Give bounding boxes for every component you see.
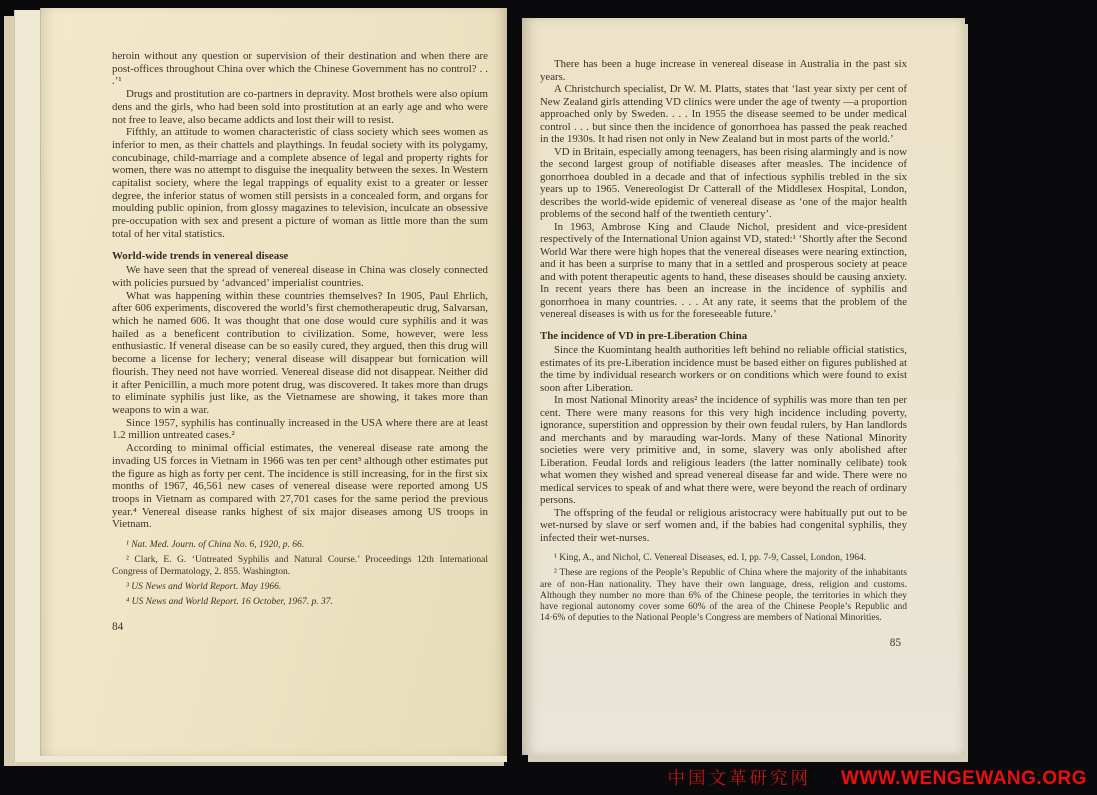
scanned-book-spread: { "canvas": { "background_color": "#0a0a… [0,0,1097,795]
paragraph: A Christchurch specialist, Dr W. M. Plat… [540,83,907,146]
paragraph: There has been a huge increase in venere… [540,58,907,83]
page-number: 84 [112,621,488,634]
section-heading: World-wide trends in venereal disease [112,250,488,263]
paragraph: In most National Minority areas² the inc… [540,394,907,507]
footnotes: ¹ King, A., and Nichol, C. Venereal Dise… [540,553,907,625]
paragraph: Since the Kuomintang health authorities … [540,344,907,394]
paragraph: According to minimal official estimates,… [112,442,488,531]
left-page-text-block: heroin without any question or supervisi… [112,50,488,633]
paragraph: Drugs and prostitution are co-partners i… [112,88,488,126]
footnote: ² These are regions of the People’s Repu… [540,568,907,624]
footnote: ¹ Nat. Med. Journ. of China No. 6, 1920,… [112,540,488,551]
footnote: ¹ King, A., and Nichol, C. Venereal Dise… [540,553,907,564]
paragraph: VD in Britain, especially among teenager… [540,146,907,221]
paragraph: heroin without any question or supervisi… [112,50,488,88]
paragraph: We have seen that the spread of venereal… [112,264,488,289]
paragraph: The offspring of the feudal or religious… [540,507,907,545]
page-number: 85 [540,637,907,650]
watermark: 中国文革研究网 WWW.WENGEWANG.ORG [668,765,1087,790]
right-page-text-block: There has been a huge increase in venere… [540,58,907,649]
watermark-site-url: WWW.WENGEWANG.ORG [841,768,1087,790]
paragraph: Fifthly, an attitude to women characteri… [112,126,488,240]
footnote: ³ US News and World Report. May 1966. [112,582,488,593]
watermark-site-name: 中国文革研究网 [668,765,812,790]
paragraph: In 1963, Ambrose King and Claude Nichol,… [540,221,907,321]
paragraph: Since 1957, syphilis has continually inc… [112,417,488,442]
footnote: ⁴ US News and World Report. 16 October, … [112,597,488,608]
section-heading: The incidence of VD in pre-Liberation Ch… [540,330,907,343]
footnotes: ¹ Nat. Med. Journ. of China No. 6, 1920,… [112,540,488,608]
paragraph: What was happening within these countrie… [112,290,488,417]
footnote: ² Clark, E. G. ‘Untreated Syphilis and N… [112,555,488,578]
